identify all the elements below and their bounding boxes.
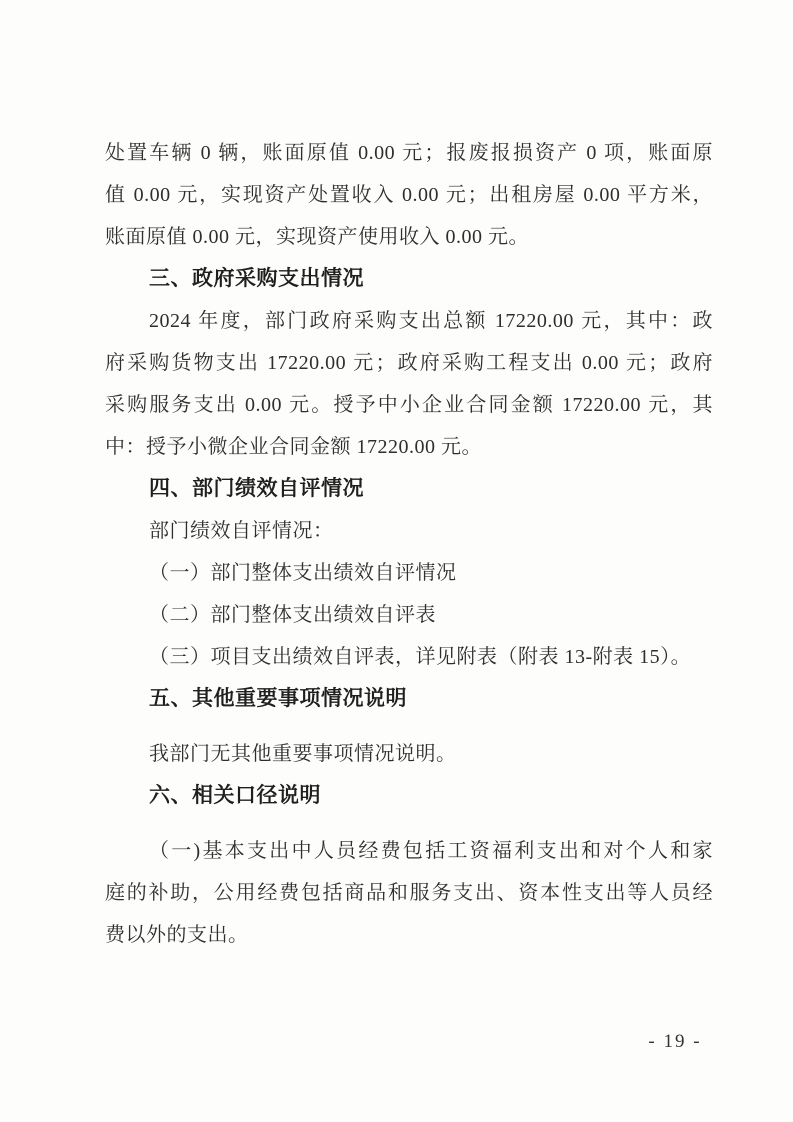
body-text-line: （二）部门整体支出绩效自评表 (105, 594, 713, 636)
body-text-line: 庭的补助，公用经费包括商品和服务支出、资本性支出等人员经 (105, 872, 713, 914)
body-text-line: 采购服务支出 0.00 元。授予中小企业合同金额 17220.00 元，其 (105, 384, 713, 426)
body-text-line: 中：授予小微企业合同金额 17220.00 元。 (105, 426, 713, 468)
section-heading-4: 四、部门绩效自评情况 (105, 468, 713, 510)
page-body: 处置车辆 0 辆，账面原值 0.00 元；报废报损资产 0 项，账面原 值 0.… (105, 132, 713, 956)
body-text-line: 值 0.00 元，实现资产处置收入 0.00 元；出租房屋 0.00 平方米， (105, 174, 713, 216)
body-text-line: （一）部门整体支出绩效自评情况 (105, 552, 713, 594)
body-text-line: 2024 年度，部门政府采购支出总额 17220.00 元，其中：政 (105, 300, 713, 342)
body-text-line: 部门绩效自评情况： (105, 510, 713, 552)
page-number: - 19 - (633, 1028, 717, 1056)
body-text-line: （一)基本支出中人员经费包括工资福利支出和对个人和家 (105, 830, 713, 872)
body-text-line: 处置车辆 0 辆，账面原值 0.00 元；报废报损资产 0 项，账面原 (105, 132, 713, 174)
document-page: 处置车辆 0 辆，账面原值 0.00 元；报废报损资产 0 项，账面原 值 0.… (0, 0, 793, 1122)
body-text-line: 府采购货物支出 17220.00 元；政府采购工程支出 0.00 元；政府 (105, 342, 713, 384)
body-text-line: 我部门无其他重要事项情况说明。 (105, 733, 713, 775)
section-heading-6: 六、相关口径说明 (105, 775, 713, 817)
body-text-line: 费以外的支出。 (105, 914, 713, 956)
body-text-line: （三）项目支出绩效自评表，详见附表（附表 13-附表 15）。 (105, 636, 713, 678)
section-heading-3: 三、政府采购支出情况 (105, 258, 713, 300)
section-heading-5: 五、其他重要事项情况说明 (105, 678, 713, 720)
body-text-line: 账面原值 0.00 元，实现资产使用收入 0.00 元。 (105, 216, 713, 258)
